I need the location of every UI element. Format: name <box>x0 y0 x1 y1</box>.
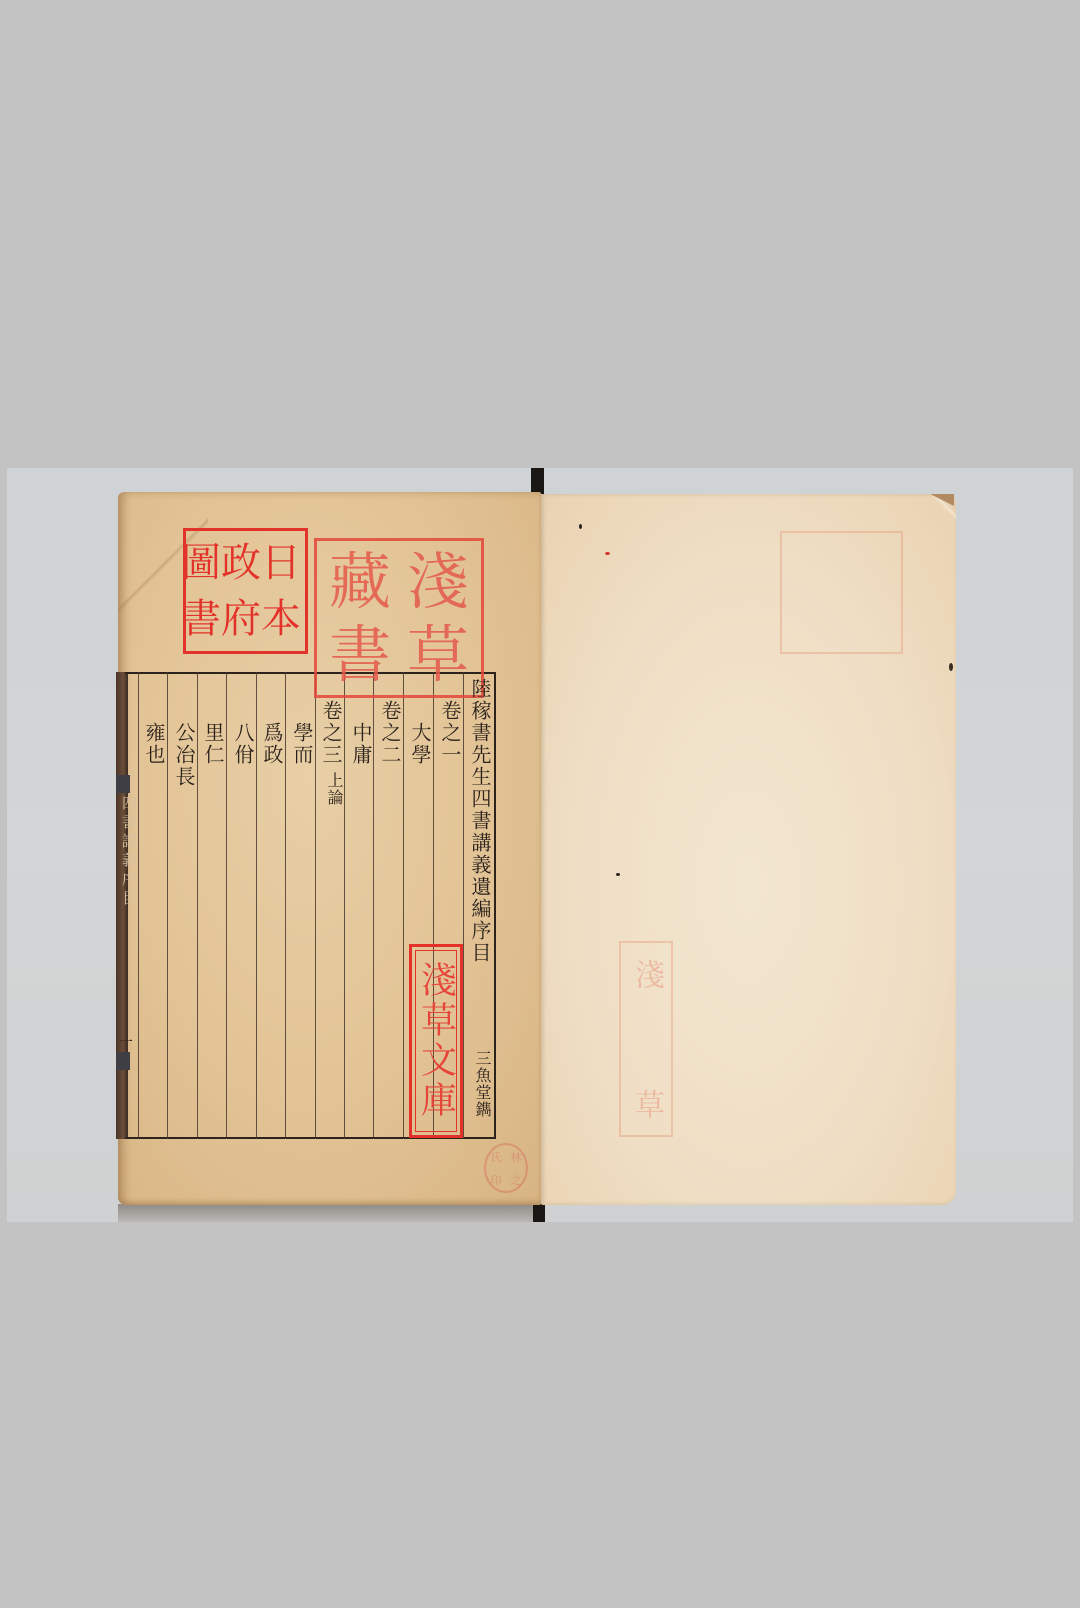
seal-collection-large: 淺 藏 草 書 <box>314 538 484 698</box>
seal-char: 印 <box>491 1172 502 1188</box>
toc-entry: 卷之一 <box>439 700 461 766</box>
toc-entry: 學而 <box>291 722 313 766</box>
seal-char: 淺 <box>407 551 469 613</box>
column-rule <box>403 672 404 1139</box>
ink-speck <box>616 873 620 876</box>
seal-char: 之 <box>511 1172 522 1188</box>
seal-round: 林 氏 之 印 <box>484 1143 528 1193</box>
seal-char: 草 <box>407 624 469 686</box>
seal-char: 圖 <box>181 543 221 583</box>
ink-speck <box>949 663 953 671</box>
column-rule <box>138 672 139 1139</box>
seal-japan-government-library: 日 政 圖 本 府 書 <box>183 528 308 654</box>
seal-char: 書 <box>181 599 221 639</box>
toc-entry: 卷之三 <box>320 700 342 766</box>
toc-entry: 中庸 <box>350 722 372 766</box>
column-rule <box>226 672 227 1139</box>
ghost-char: 淺 <box>624 959 668 989</box>
toc-entry: 里仁 <box>202 722 224 766</box>
seal-char: 政 <box>221 543 261 583</box>
column-rule <box>256 672 257 1139</box>
seal-show-through-vertical: 淺 草 <box>619 941 673 1137</box>
toc-entry: 卷之二 <box>379 700 401 766</box>
toc-entry: 雍也 <box>143 722 165 766</box>
seal-char: 氏 <box>491 1149 502 1165</box>
binding-thread-top <box>531 468 544 494</box>
publisher-mark: 三魚堂鐫 <box>471 1050 493 1118</box>
seal-char: 林 <box>511 1149 522 1165</box>
page-shadow <box>118 1204 543 1222</box>
toc-entry: 八佾 <box>232 722 254 766</box>
toc-entry: 大學 <box>409 722 431 766</box>
seal-char: 日 <box>261 543 301 583</box>
column-rule <box>463 672 464 1139</box>
toc-entry: 公冶長 <box>173 722 195 788</box>
column-rule <box>344 672 345 1139</box>
seal-char: 本 <box>261 599 301 639</box>
toc-note: 上論 <box>323 772 345 806</box>
seal-show-through <box>780 531 903 654</box>
seal-char: 藏 <box>329 551 391 613</box>
column-rule <box>315 672 316 1139</box>
seal-char: 書 <box>329 624 391 686</box>
ghost-char: 草 <box>624 1089 668 1119</box>
title-column: 陸稼書先生四書講義遺編序目 <box>469 678 491 964</box>
binding-thread-bottom <box>533 1204 545 1222</box>
column-rule <box>373 672 374 1139</box>
column-rule <box>285 672 286 1139</box>
seal-asakusa-bunko: 淺草文庫 <box>409 944 463 1138</box>
ink-speck <box>579 524 582 529</box>
seal-char: 府 <box>221 599 261 639</box>
toc-entry: 爲政 <box>261 722 283 766</box>
column-rule <box>167 672 168 1139</box>
red-speck <box>605 552 610 555</box>
column-rule <box>197 672 198 1139</box>
